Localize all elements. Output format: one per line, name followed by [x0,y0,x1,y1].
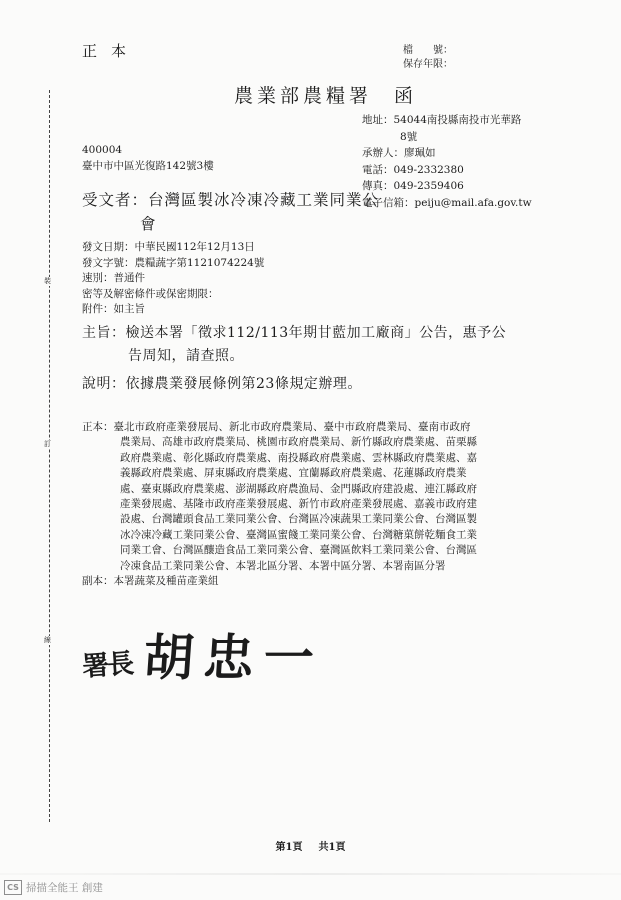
recipient: 受文者：台灣區製冰冷凍冷藏工業同業公 會 [82,188,379,236]
fax-value: 049-2359406 [394,180,464,192]
recipient-name-cont: 會 [82,212,379,236]
copy-label: 副本： [82,575,114,587]
signature-block: 署長 胡忠一 [82,618,324,690]
retention-label: 保存年限： [403,58,453,72]
contact-value: 廖珮如 [404,147,436,159]
phone-label: 電話： [362,164,394,176]
contact-row: 承辦人：廖珮如 [362,145,532,162]
signature-title: 署長 [81,641,134,683]
postal-code: 400004 [82,142,214,158]
original-line: 處、臺東縣政府農業處、澎湖縣政府農漁局、金門縣政府建設處、連江縣政府 [82,482,477,497]
explanation-text: 依據農業發展條例第23條規定辦理。 [126,376,362,392]
fax-row: 傳真：049-2359406 [362,178,532,195]
subject-text: 檢送本署「徵求112/113年期甘藍加工廠商」公告，惠予公 [126,325,507,341]
address-value: 54044南投縣南投市光華路 [394,114,522,126]
distribution: 正本：臺北市政府產業發展局、新北市政府農業局、臺中市政府農業局、臺南市政府 農業… [82,420,477,589]
attachment: 附件：如主旨 [82,302,264,318]
doc-type: 函 [394,85,417,107]
document-title: 農業部農糧署函 [234,81,417,108]
subject-text-cont: 告周知，請查照。 [82,345,506,368]
page-current: 第1頁 [276,842,303,853]
copy-type: 正本 [82,40,140,61]
sender-info: 地址：54044南投縣南投市光華路 8號 承辦人：廖珮如 電話：049-2332… [362,112,532,211]
copy-text: 本署蔬菜及種苗產業組 [114,575,219,587]
issue-date: 發文日期：中華民國112年12月13日 [82,240,264,256]
classification: 密等及解密條件或保密期限： [82,287,264,303]
address-row: 地址：54044南投縣南投市光華路 [362,112,532,129]
issue-meta: 發文日期：中華民國112年12月13日 發文字號：農糧蔬字第1121074224… [82,240,264,318]
recipient-label: 受文者： [82,191,148,209]
original-line: 政府農業處、彰化縣政府農業處、南投縣政府農業處、雲林縣政府農業處、嘉 [82,451,477,466]
original-line: 設處、台灣罐頭食品工業同業公會、台灣區冷凍蔬果工業同業公會、台灣區製 [82,512,477,527]
binding-mark-xian: 線 [44,636,51,645]
recipient-address: 400004 臺中市中區光復路142號3樓 [82,142,214,174]
issue-number: 發文字號：農糧蔬字第1121074224號 [82,256,264,272]
original-line: 冷凍食品工業同業公會、本署北區分署、本署中區分署、本署南區分署 [82,559,477,574]
subject-label: 主旨： [82,325,126,341]
page-total: 共1頁 [319,842,346,853]
signature-name: 胡忠一 [141,618,326,690]
watermark-text: 掃描全能王 創建 [26,880,103,895]
file-meta: 檔 號： 保存年限： [403,44,453,72]
camscanner-logo-icon: CS [4,880,22,895]
address-label: 地址： [362,114,394,126]
email-value: peiju@mail.afa.gov.tw [415,197,532,209]
original-line: 產業發展處、基隆市政府產業發展處、新竹市政府產業發展處、嘉義市政府建 [82,497,477,512]
original-line: 義縣政府農業處、屏東縣政府農業處、宜蘭縣政府農業處、花蓮縣政府農業 [82,466,477,481]
explanation-label: 說明： [82,376,126,392]
original-line: 臺北市政府產業發展局、新北市政府農業局、臺中市政府農業局、臺南市政府 [114,421,471,433]
original-label: 正本： [82,421,114,433]
scan-artifact [0,873,621,875]
binding-mark-zhuang: 裝 [44,277,51,286]
page-number: 第1頁共1頁 [0,838,621,853]
scanner-watermark: CS 掃描全能王 創建 [4,880,103,895]
binding-mark-ding: 訂 [44,440,51,449]
contact-label: 承辦人： [362,147,404,159]
address-row-cont: 8號 [362,129,532,146]
subject-section: 主旨：檢送本署「徵求112/113年期甘藍加工廠商」公告，惠予公 告周知，請查照… [82,322,506,396]
recipient-name: 台灣區製冰冷凍冷藏工業同業公 [148,191,379,209]
file-number-label: 檔 號： [403,44,453,58]
email-row: 電子信箱：peiju@mail.afa.gov.tw [362,195,532,212]
phone-value: 049-2332380 [394,164,464,176]
original-line: 冰冷凍冷藏工業同業公會、臺灣區蜜餞工業同業公會、台灣糖菓餅乾麵食工業 [82,528,477,543]
street-address: 臺中市中區光復路142號3樓 [82,158,214,174]
binding-line [49,90,50,822]
speed-class: 速別：普通件 [82,271,264,287]
phone-row: 電話：049-2332380 [362,162,532,179]
agency-name: 農業部農糧署 [234,85,372,107]
original-line: 農業局、高雄市政府農業局、桃園市政府農業局、新竹縣政府農業處、苗栗縣 [82,435,477,450]
original-line: 同業工會、台灣區釀造食品工業同業公會、臺灣區飲料工業同業公會、台灣區 [82,543,477,558]
